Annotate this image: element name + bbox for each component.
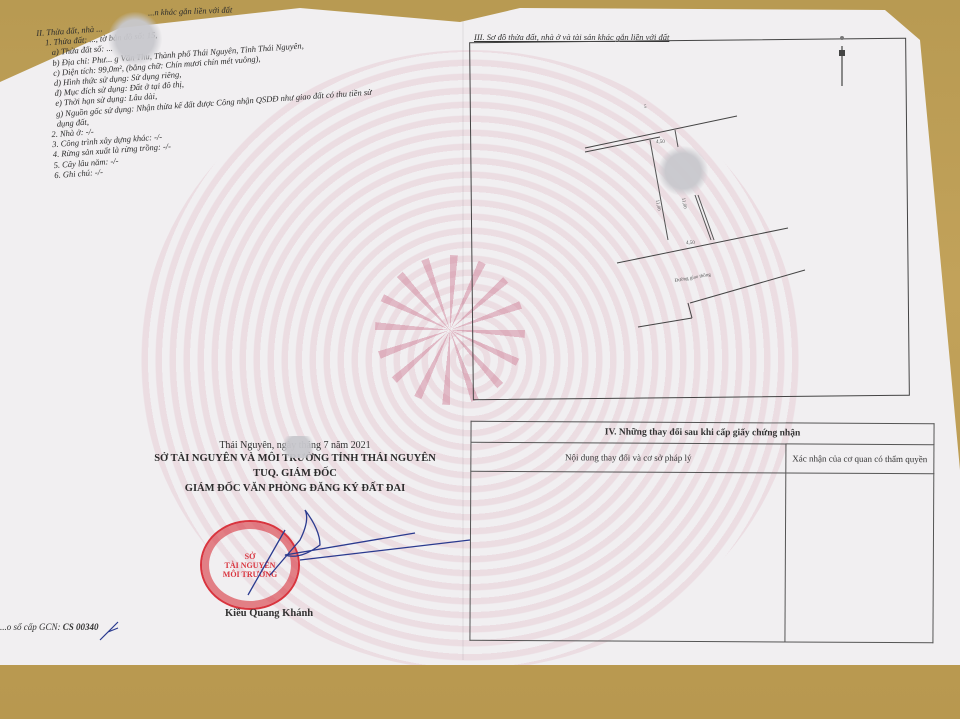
svg-text:5: 5 xyxy=(644,105,647,110)
svg-text:4,50: 4,50 xyxy=(656,140,665,145)
svg-text:11,00: 11,00 xyxy=(680,197,687,209)
redaction-blur-map xyxy=(658,146,708,196)
column-confirmation: Xác nhận của cơ quan có thẩm quyền xyxy=(786,444,934,474)
changes-cell-empty xyxy=(470,471,786,642)
confirmation-cell-empty xyxy=(785,473,934,643)
changes-table: IV. Những thay đổi sau khi cấp giấy chứn… xyxy=(469,421,934,643)
svg-text:Đường giao thông: Đường giao thông xyxy=(674,273,711,284)
svg-text:11,00: 11,00 xyxy=(654,199,661,211)
column-changes: Nội dung thay đổi và cơ sở pháp lý xyxy=(471,442,786,473)
svg-text:4,50: 4,50 xyxy=(686,241,695,246)
section-4-title: IV. Những thay đổi sau khi cấp giấy chứn… xyxy=(471,421,934,444)
